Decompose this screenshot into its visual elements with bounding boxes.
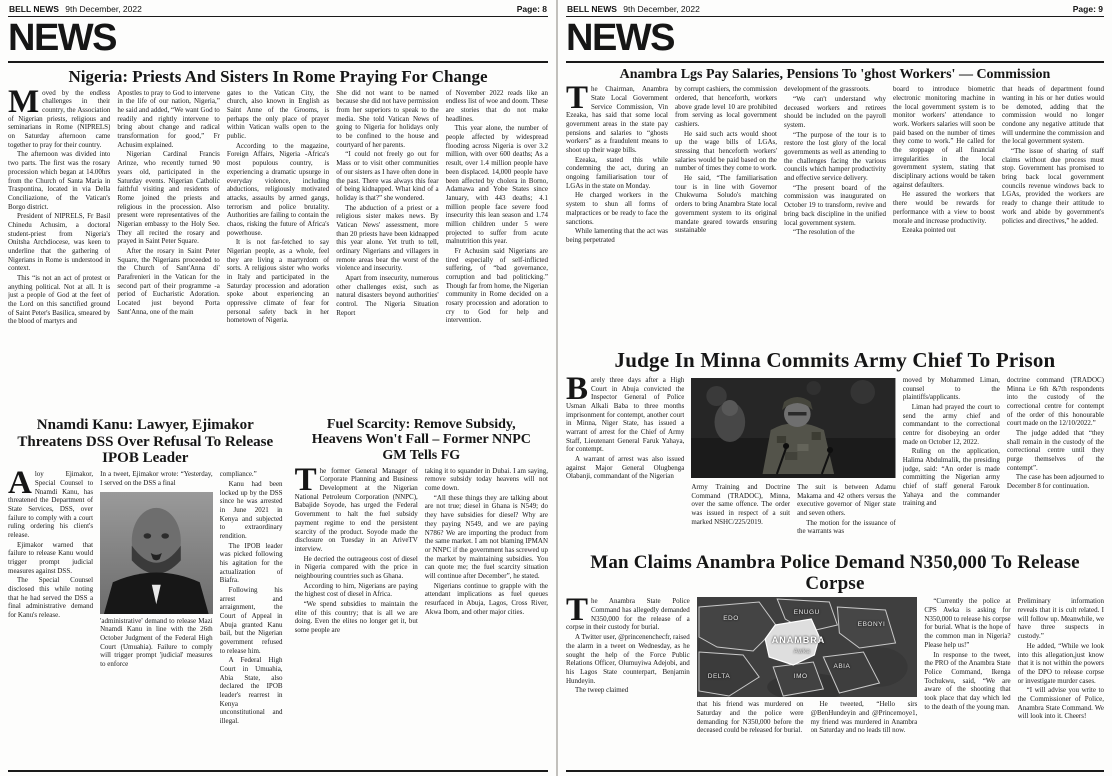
article-priests-rome: Nigeria: Priests And Sisters In Rome Pra… [8,67,548,405]
paragraph: Nigerian Cardinal Francis Arinze, who re… [117,150,219,245]
article-column: development of the grassroots.“We can't … [784,85,886,345]
article-column: Moved by the endless challenges in their… [8,89,110,405]
issue-date: 9th December, 2022 [623,4,700,14]
paragraph: “The resolution of the [784,228,886,237]
article-column: Preliminary information reveals that it … [1018,597,1104,776]
paragraph: Fr Achusim said Nigerians are tired espe… [446,247,548,325]
paragraph: by corrupt cashiers, the commission orde… [675,85,777,128]
article-corpse-release: Man Claims Anambra Police Demand N350,00… [566,552,1104,776]
header-left: BELL NEWS 9th December, 2022 [9,4,142,14]
masthead: NEWS [8,17,548,63]
caption-columns: Army Training and Doctrine Command (TRAD… [691,483,895,548]
paragraph: board to introduce biometric electronic … [893,85,995,189]
map-label-awka: Awka [794,649,811,656]
article-headline: Fuel Scarcity: Remove Subsidy, Heavens W… [301,417,542,464]
map-label-anambra: ANAMBRA [772,635,826,646]
paragraph: “We spend subsidies to maintain the elit… [295,600,418,635]
anambra-map-image: EDO ENUGU EBONYI DELTA IMO ABIA ANAMBRA … [697,597,918,697]
paragraph: Ejimakor warned that failure to release … [8,541,93,576]
page-9: BELL NEWS 9th December, 2022 Page: 9 NEW… [556,0,1112,776]
paragraph: “All these things they are talking about… [425,494,548,581]
article-column: Apostles to pray to God to intervene in … [117,89,219,405]
paragraph: The Chairman, Anambra State Local Govern… [566,85,668,154]
nnamdi-kanu-photo [100,492,213,614]
paragraph: Aloy Ejimakor, Special Counsel to Nnamdi… [8,470,93,539]
paragraph: Apostles to pray to God to intervene in … [117,89,219,150]
paragraph: He tweeted, “Hello sirs @BenHundeyin and… [811,700,918,735]
paragraph: He charged workers in the system to shun… [566,191,668,226]
article-body: Aloy Ejimakor, Special Counsel to Nnamdi… [8,470,283,742]
column-text-bottom: 'administrative' demand to release Mazi … [100,617,213,670]
paragraph: Army Training and Doctrine Command (TRAD… [691,483,790,526]
paragraph: that his friend was murdered on Saturday… [697,700,804,735]
paragraph: of November 2022 reads like an endless l… [446,89,548,124]
article-column: Army Training and Doctrine Command (TRAD… [691,483,790,548]
paragraph: “We can't understand why deceased worker… [784,95,886,130]
header-left: BELL NEWS 9th December, 2022 [567,4,700,14]
paragraph: Apart from insecurity, numerous other ch… [336,274,438,317]
page-number: Page: 8 [517,4,547,14]
paragraph: gates to the Vatican City, the church, a… [227,89,329,141]
issue-date: 9th December, 2022 [65,4,142,14]
masthead: NEWS [566,17,1104,63]
paragraph: moved by Mohammed Liman, counsel to the … [903,376,1000,402]
paragraph: Liman had prayed the court to send the a… [903,403,1000,446]
paragraph: The motion for the issuance of the warra… [797,519,896,536]
article-column: The Chairman, Anambra State Local Govern… [566,85,668,345]
paragraph: He said such acts would shoot up the wag… [675,130,777,173]
paragraph: compliance.” [220,470,283,479]
paragraph: “I could not freely go out for Mass or t… [336,150,438,202]
article-headline: Nnamdi Kanu: Lawyer, Ejimakor Threatens … [14,417,277,467]
article-column: by corrupt cashiers, the commission orde… [675,85,777,345]
newspaper-spread: BELL NEWS 9th December, 2022 Page: 8 NEW… [0,0,1112,776]
paragraph: taking it to squander in Dubai. I am say… [425,467,548,493]
article-headline: Anambra Lgs Pay Salaries, Pensions To 'g… [572,67,1098,83]
paragraph: “Currently the police at CPS Awka is ask… [924,597,1010,649]
article-body: The Chairman, Anambra State Local Govern… [566,85,1104,345]
paragraph: President of NIPRELS, Fr Basil Chinedu A… [8,212,110,273]
article-column: The former General Manager of Corporate … [295,467,418,747]
paragraph: The IPOB leader was picked following his… [220,542,283,585]
paragraph: After the rosary in Saint Peter Square, … [117,247,219,316]
article-column: Aloy Ejimakor, Special Counsel to Nnamdi… [8,470,93,742]
paragraph: The judge added that “they shall remain … [1007,429,1104,472]
paragraph: It is not far-fetched to say Nigerian pe… [227,238,329,325]
article-column: taking it to squander in Dubai. I am say… [425,467,548,747]
article-middle-block: Army Training and Doctrine Command (TRAD… [691,376,895,548]
paragraph: The Anambra State Police Command has all… [566,597,690,632]
article-column: doctrine command (TRADOC) Minna i.e 6th … [1007,376,1104,548]
article-column: compliance.”Kanu had been locked up by t… [220,470,283,742]
article-column: of November 2022 reads like an endless l… [446,89,548,405]
article-column: that heads of department found wanting i… [1002,85,1104,345]
article-body: Barely three days after a High Court in … [566,376,1104,548]
paragraph: In a tweet, Ejimakor wrote: “Yesterday, … [100,470,213,487]
map-label-edo: EDO [723,615,739,623]
paragraph: He decried the outrageous cost of diesel… [295,555,418,581]
article-column: “Currently the police at CPS Awka is ask… [924,597,1010,776]
paragraph: The abduction of a priest or a religious… [336,204,438,273]
paragraph: “I will advise you write to the Commissi… [1018,686,1104,721]
page-8: BELL NEWS 9th December, 2022 Page: 8 NEW… [0,0,556,776]
paragraph: He said, “The familiarisation tour is in… [675,174,777,235]
article-body: The former General Manager of Corporate … [295,467,548,747]
paragraph: In response to the tweet, the PRO of the… [924,651,1010,712]
article-headline: Judge In Minna Commits Army Chief To Pri… [572,349,1098,373]
paragraph: He assured the workers that there would … [893,190,995,225]
paragraph: 'administrative' demand to release Mazi … [100,617,213,669]
article-column: moved by Mohammed Liman, counsel to the … [903,376,1000,548]
article-column: that his friend was murdered on Saturday… [697,700,804,776]
article-middle-block: EDO ENUGU EBONYI DELTA IMO ABIA ANAMBRA … [697,597,918,776]
map-label-enugu: ENUGU [794,609,820,617]
paragraph: “The purpose of the tour is to restore t… [784,131,886,183]
page-number: Page: 9 [1073,4,1103,14]
article-column: She did not want to be named because she… [336,89,438,405]
bottom-articles-row: Nnamdi Kanu: Lawyer, Ejimakor Threatens … [8,413,548,747]
caption-columns: that his friend was murdered on Saturday… [697,700,918,776]
article-column: The suit is between Adamu Makama and 42 … [797,483,896,548]
article-body: Moved by the endless challenges in their… [8,89,548,405]
article-column: The Anambra State Police Command has all… [566,597,690,776]
army-chief-photo [691,378,895,478]
article-judge-minna: Judge In Minna Commits Army Chief To Pri… [566,349,1104,548]
paragraph: He added, “While we look into this alleg… [1018,642,1104,685]
paragraph: A Federal High Court in Umuahia, Abia St… [220,656,283,725]
article-column: gates to the Vatican City, the church, a… [227,89,329,405]
paragraph: “The present board of the commission was… [784,184,886,227]
brand-name: BELL NEWS [567,4,617,14]
paragraph: Kanu had been locked up by the DSS since… [220,480,283,541]
article-column: In a tweet, Ejimakor wrote: “Yesterday, … [100,470,213,742]
paragraph: According to the magazine, Foreign Affai… [227,142,329,237]
article-fuel-scarcity: Fuel Scarcity: Remove Subsidy, Heavens W… [295,413,548,747]
paragraph: Nigerians continue to grapple with the a… [425,582,548,617]
article-body: The Anambra State Police Command has all… [566,597,1104,776]
paragraph: While lamenting that the act was being p… [566,227,668,244]
paragraph: The case has been adjourned to December … [1007,473,1104,490]
page-header: BELL NEWS 9th December, 2022 Page: 8 [8,3,548,17]
paragraph: Ruling on the application, Halima Abdulm… [903,447,1000,508]
paragraph: The afternoon was divided into two parts… [8,150,110,211]
paragraph: The tweep claimed [566,686,690,695]
map-label-ebonyi: EBONYI [858,621,886,629]
paragraph: The Special Counsel disclosed this while… [8,576,93,619]
map-label-abia: ABIA [833,663,850,671]
brand-name: BELL NEWS [9,4,59,14]
paragraph: The former General Manager of Corporate … [295,467,418,554]
paragraph: The suit is between Adamu Makama and 42 … [797,483,896,518]
paragraph: Preliminary information reveals that it … [1018,597,1104,640]
article-headline: Man Claims Anambra Police Demand N350,00… [572,552,1098,595]
paragraph: Following his arrest and arraignment, th… [220,586,283,655]
article-column: board to introduce biometric electronic … [893,85,995,345]
article-column: Barely three days after a High Court in … [566,376,684,548]
paragraph: A warrant of arrest was also issued agai… [566,455,684,481]
map-label-delta: DELTA [708,673,731,681]
paragraph: This year alone, the number of people af… [446,124,548,245]
paragraph: Barely three days after a High Court in … [566,376,684,454]
article-column: He tweeted, “Hello sirs @BenHundeyin and… [811,700,918,776]
paragraph: development of the grassroots. [784,85,886,94]
paragraph: Ezeaka, stated this while condemning the… [566,156,668,191]
paragraph: “The issue of sharing of staff claims wi… [1002,147,1104,225]
page-header: BELL NEWS 9th December, 2022 Page: 9 [566,3,1104,17]
paragraph: doctrine command (TRADOC) Minna i.e 6th … [1007,376,1104,428]
article-headline: Nigeria: Priests And Sisters In Rome Pra… [14,67,542,86]
article-anambra-lgs: Anambra Lgs Pay Salaries, Pensions To 'g… [566,67,1104,346]
map-label-imo: IMO [794,673,808,681]
article-nnamdi-kanu: Nnamdi Kanu: Lawyer, Ejimakor Threatens … [8,413,283,747]
paragraph: that heads of department found wanting i… [1002,85,1104,146]
paragraph: Moved by the endless challenges in their… [8,89,110,150]
paragraph: This “is not an act of protest or anythi… [8,274,110,326]
paragraph: According to him, Nigerians are paying t… [295,582,418,599]
paragraph: A Twitter user, @princenenchecfr, raised… [566,633,690,685]
paragraph: Ezeaka pointed out [893,226,995,235]
paragraph: She did not want to be named because she… [336,89,438,150]
column-text-top: In a tweet, Ejimakor wrote: “Yesterday, … [100,470,213,488]
